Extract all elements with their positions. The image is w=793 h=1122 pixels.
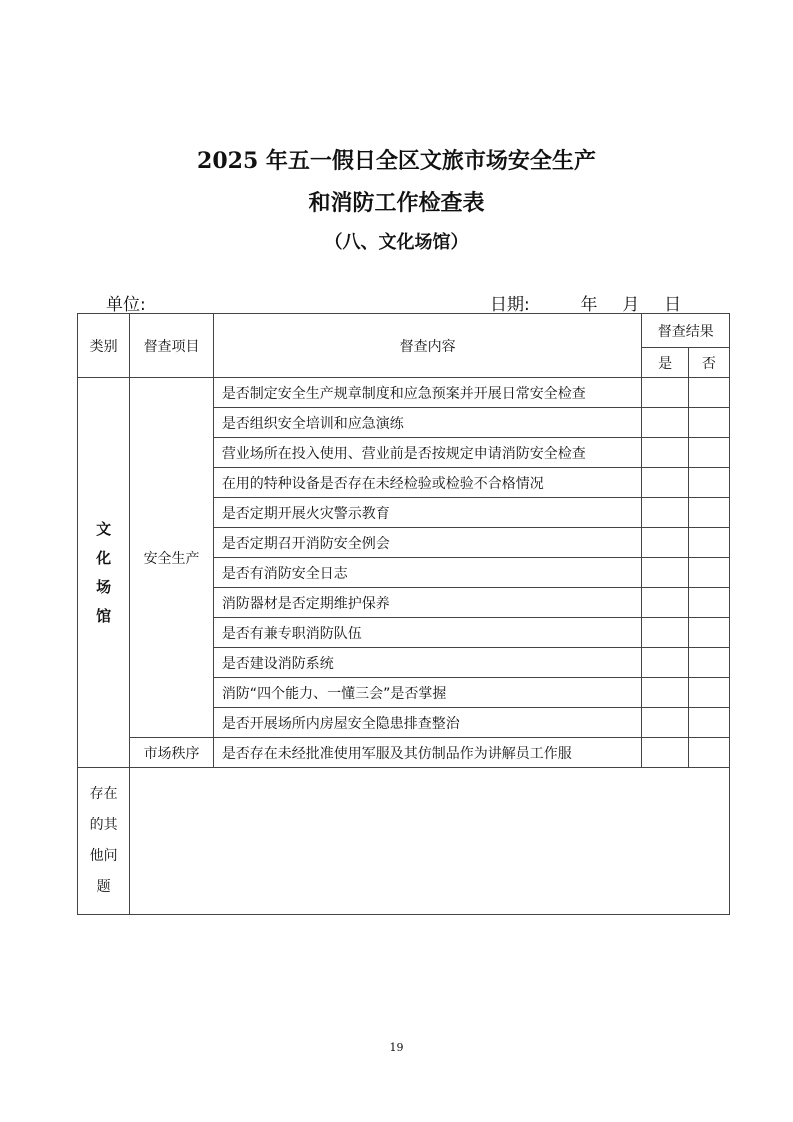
- check-item: 消防器材是否定期维护保养: [213, 588, 642, 618]
- project-cell: 市场秩序: [130, 738, 214, 768]
- check-item: 是否建设消防系统: [213, 648, 642, 678]
- day-label: 日: [664, 290, 681, 315]
- date-field: 日期: 年 月 日: [490, 290, 681, 315]
- result-yes-cell[interactable]: [642, 408, 688, 438]
- result-no-cell[interactable]: [688, 468, 729, 498]
- header-yes: 是: [642, 348, 688, 378]
- unit-label: 单位:: [106, 290, 146, 315]
- other-issues-field[interactable]: [130, 768, 730, 915]
- check-item: 在用的特种设备是否存在未经检验或检验不合格情况: [213, 468, 642, 498]
- check-item: 是否存在未经批准使用军服及其仿制品作为讲解员工作服: [213, 738, 642, 768]
- result-yes-cell[interactable]: [642, 438, 688, 468]
- inspection-table: 类别 督查项目 督查内容 督查结果 是 否 文化场馆安全生产是否制定安全生产规章…: [77, 313, 730, 915]
- page-number: 19: [0, 1041, 793, 1054]
- category-cell: 文化场馆: [78, 378, 130, 768]
- result-yes-cell[interactable]: [642, 588, 688, 618]
- date-label: 日期:: [490, 290, 530, 315]
- result-no-cell[interactable]: [688, 648, 729, 678]
- result-yes-cell[interactable]: [642, 678, 688, 708]
- other-issues-label-line: 题: [78, 872, 129, 903]
- check-item: 是否组织安全培训和应急演练: [213, 408, 642, 438]
- result-no-cell[interactable]: [688, 708, 729, 738]
- header-no: 否: [688, 348, 729, 378]
- result-yes-cell[interactable]: [642, 708, 688, 738]
- header-category: 类别: [78, 314, 130, 378]
- check-item: 是否有消防安全日志: [213, 558, 642, 588]
- result-yes-cell[interactable]: [642, 648, 688, 678]
- result-yes-cell[interactable]: [642, 738, 688, 768]
- category-char: 化: [78, 544, 129, 573]
- result-no-cell[interactable]: [688, 558, 729, 588]
- check-item: 是否制定安全生产规章制度和应急预案并开展日常安全检查: [213, 378, 642, 408]
- result-yes-cell[interactable]: [642, 498, 688, 528]
- result-no-cell[interactable]: [688, 618, 729, 648]
- document-subtitle: （八、文化场馆）: [0, 228, 793, 254]
- result-no-cell[interactable]: [688, 678, 729, 708]
- category-char: 馆: [78, 602, 129, 631]
- result-yes-cell[interactable]: [642, 378, 688, 408]
- result-no-cell[interactable]: [688, 588, 729, 618]
- category-char: 文: [78, 515, 129, 544]
- month-label: 月: [622, 290, 639, 315]
- check-item: 是否开展场所内房屋安全隐患排查整治: [213, 708, 642, 738]
- other-issues-label-line: 的其: [78, 810, 129, 841]
- other-issues-label-line: 他问: [78, 841, 129, 872]
- result-no-cell[interactable]: [688, 498, 729, 528]
- result-yes-cell[interactable]: [642, 618, 688, 648]
- document-title-line2: 和消防工作检查表: [0, 186, 793, 217]
- year-label: 年: [581, 290, 598, 315]
- result-no-cell[interactable]: [688, 378, 729, 408]
- check-item: 是否有兼专职消防队伍: [213, 618, 642, 648]
- project-cell: 安全生产: [130, 378, 214, 738]
- document-title-line1: 2025 年五一假日全区文旅市场安全生产: [0, 144, 793, 175]
- result-no-cell[interactable]: [688, 738, 729, 768]
- result-no-cell[interactable]: [688, 408, 729, 438]
- other-issues-label: 存在的其他问题: [78, 768, 130, 915]
- check-item: 是否定期召开消防安全例会: [213, 528, 642, 558]
- header-project: 督查项目: [130, 314, 214, 378]
- check-item: 营业场所在投入使用、营业前是否按规定申请消防安全检查: [213, 438, 642, 468]
- category-char: 场: [78, 573, 129, 602]
- header-result: 督查结果: [642, 314, 730, 348]
- result-no-cell[interactable]: [688, 528, 729, 558]
- header-content: 督查内容: [213, 314, 642, 378]
- result-yes-cell[interactable]: [642, 528, 688, 558]
- result-no-cell[interactable]: [688, 438, 729, 468]
- check-item: 消防“四个能力、一懂三会”是否掌握: [213, 678, 642, 708]
- check-item: 是否定期开展火灾警示教育: [213, 498, 642, 528]
- result-yes-cell[interactable]: [642, 558, 688, 588]
- other-issues-label-line: 存在: [78, 779, 129, 810]
- result-yes-cell[interactable]: [642, 468, 688, 498]
